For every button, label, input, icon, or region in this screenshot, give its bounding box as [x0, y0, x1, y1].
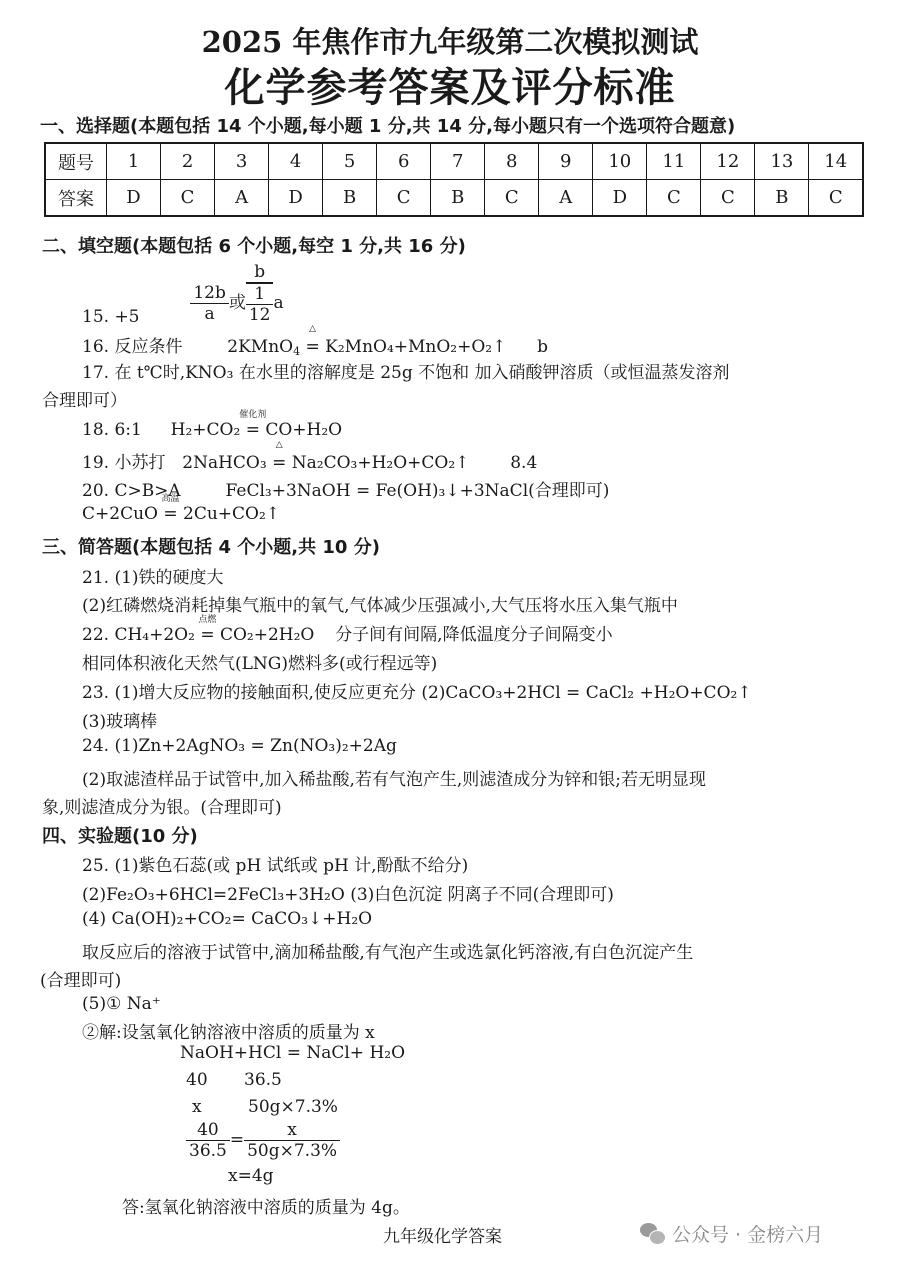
denominator: a — [190, 304, 229, 324]
answer-q24-1: 24. (1)Zn+2AgNO₃ = Zn(NO₃)₂+2Ag — [82, 736, 397, 756]
table-cell: 9 — [539, 143, 593, 180]
page-footer: 九年级化学答案 — [383, 1222, 502, 1247]
table-cell: B — [431, 180, 485, 217]
table-row-answers: 答案 D C A D B C B C A D C C B C — [45, 180, 863, 217]
table-cell: C — [647, 180, 701, 217]
answer-q19: 19. 小苏打 2NaHCO₃ △= Na₂CO₃+H₂O+CO₂↑ 8.4 — [82, 448, 537, 473]
table-cell: A — [215, 180, 269, 217]
answer-key-page: 2025 年焦作市九年级第二次模拟测试 化学参考答案及评分标准 一、选择题(本题… — [0, 0, 900, 1273]
table-cell: B — [323, 180, 377, 217]
reaction-condition: △= — [272, 453, 286, 473]
table-cell: 4 — [269, 143, 323, 180]
section-heading-fill-blank: 二、填空题(本题包括 6 个小题,每空 1 分,共 16 分) — [42, 232, 466, 258]
table-cell: 2 — [161, 143, 215, 180]
catalyst-label: 催化剂 — [239, 407, 266, 420]
document-title: 化学参考答案及评分标准 — [0, 56, 900, 113]
reaction-condition: 点燃= — [200, 625, 214, 645]
equation-products: Na₂CO₃+H₂O+CO₂↑ — [292, 453, 470, 473]
calc-unknown: x — [192, 1097, 202, 1117]
answer-q17-line1: 17. 在 t℃时,KNO₃ 在水里的溶解度是 25g 不饱和 加入硝酸钾溶质（… — [82, 358, 730, 383]
q19-number: 19. 小苏打 — [82, 453, 165, 473]
watermark-text: 公众号 · 金榜六月 — [672, 1220, 823, 1247]
table-cell: C — [701, 180, 755, 217]
answer-q25-5-1: (5)① Na⁺ — [82, 994, 161, 1014]
calc-ratio: 40 36.5 = x 50g×7.3% — [186, 1120, 340, 1161]
fraction: 12b a — [190, 283, 229, 324]
denominator: 36.5 — [186, 1141, 230, 1161]
equals-sign: = — [230, 1130, 244, 1150]
answer-q25-1: 25. (1)紫色石蕊(或 pH 试纸或 pH 计,酚酞不给分) — [82, 851, 468, 876]
section-heading-multiple-choice: 一、选择题(本题包括 14 个小题,每小题 1 分,共 14 分,每小题只有一个… — [40, 112, 735, 138]
numerator: b — [246, 262, 274, 284]
answer-q25-5-2: ②解:设氢氧化钠溶液中溶质的质量为 x — [82, 1018, 375, 1043]
table-cell: 6 — [377, 143, 431, 180]
answer-q22-line2: 相同体积液化天然气(LNG)燃料多(或行程远等) — [82, 649, 437, 674]
table-cell: C — [809, 180, 863, 217]
answer-q24-3: 象,则滤渣成分为银。(合理即可) — [42, 793, 282, 818]
calc-known-mass: 50g×7.3% — [248, 1097, 338, 1117]
table-cell: D — [593, 180, 647, 217]
answer-value: b — [537, 337, 548, 357]
denominator: 12 — [246, 305, 274, 325]
table-cell: 7 — [431, 143, 485, 180]
denominator: 50g×7.3% — [244, 1141, 340, 1161]
calc-result: x=4g — [228, 1166, 274, 1186]
equation-products: CO+H₂O — [265, 420, 342, 440]
answer-text: 分子间有间隔,降低温度分子间隔变小 — [335, 625, 612, 645]
table-cell: 3 — [215, 143, 269, 180]
table-cell: 11 — [647, 143, 701, 180]
answer-q22: 22. CH₄+2O₂ 点燃= CO₂+2H₂O 分子间有间隔,降低温度分子间隔… — [82, 620, 613, 645]
answer-q16: 16. 反应条件 2KMnO4 △= K₂MnO₄+MnO₂+O₂↑ b — [82, 332, 548, 357]
compound-fraction: b 1 12 — [246, 262, 274, 325]
watermark: 公众号 · 金榜六月 — [640, 1220, 823, 1247]
table-cell: D — [107, 180, 161, 217]
answer-q20-eq2: C+2CuO 高温= 2Cu+CO₂↑ — [82, 504, 280, 524]
answer-q23-2: (3)玻璃棒 — [82, 707, 157, 732]
table-cell: 8 — [485, 143, 539, 180]
answer-q25-4b: 取反应后的溶液于试管中,滴加稀盐酸,有气泡产生或选氯化钙溶液,有白色沉淀产生 — [82, 938, 693, 963]
equation-products: K₂MnO₄+MnO₂+O₂↑ — [325, 337, 506, 357]
table-row-questions: 题号 1 2 3 4 5 6 7 8 9 10 11 12 13 14 — [45, 143, 863, 180]
answer-q21-1: 21. (1)铁的硬度大 — [82, 563, 224, 588]
answer-q21-2: (2)红磷燃烧消耗掉集气瓶中的氧气,气体减少压强减小,大气压将水压入集气瓶中 — [82, 591, 678, 616]
table-cell: 13 — [755, 143, 809, 180]
table-cell: 14 — [809, 143, 863, 180]
calc-equation: NaOH+HCl = NaCl+ H₂O — [180, 1043, 405, 1063]
numerator: x — [244, 1120, 340, 1141]
table-cell: C — [377, 180, 431, 217]
equation-products: CO₂+2H₂O — [220, 625, 314, 645]
heat-symbol-icon: △ — [309, 324, 316, 334]
answer-table: 题号 1 2 3 4 5 6 7 8 9 10 11 12 13 14 答案 D… — [44, 142, 864, 217]
or-text: 或 — [229, 293, 246, 313]
q18-number: 18. 6:1 — [82, 420, 142, 440]
answer-q23-1: 23. (1)增大反应物的接触面积,使反应更充分 (2)CaCO₃+2HCl =… — [82, 678, 752, 703]
section-heading-short-answer: 三、简答题(本题包括 4 个小题,共 10 分) — [42, 533, 380, 559]
answer-q25-4: (4) Ca(OH)₂+CO₂= CaCO₃↓+H₂O — [82, 909, 372, 929]
table-cell: A — [539, 180, 593, 217]
calc-molar-mass-hcl: 36.5 — [244, 1070, 282, 1090]
answer-q17-line2: 合理即可） — [42, 386, 127, 411]
equation-products: 2Cu+CO₂↑ — [183, 504, 280, 524]
fraction: 40 36.5 — [186, 1120, 230, 1161]
numerator: 12b — [190, 283, 229, 304]
numerator: 40 — [186, 1120, 230, 1141]
row-header: 答案 — [45, 180, 107, 217]
numerator: 1 — [246, 284, 274, 305]
table-cell: 1 — [107, 143, 161, 180]
table-cell: B — [755, 180, 809, 217]
answer-q18: 18. 6:1 H₂+CO₂ 催化剂= CO+H₂O — [82, 420, 342, 440]
table-cell: 12 — [701, 143, 755, 180]
table-cell: C — [161, 180, 215, 217]
q15-number: 15. +5 — [82, 307, 140, 327]
exam-title: 2025 年焦作市九年级第二次模拟测试 — [0, 20, 900, 61]
table-cell: D — [269, 180, 323, 217]
answer-q25-2: (2)Fe₂O₃+6HCl=2FeCl₃+3H₂O (3)白色沉淀 阴离子不同(… — [82, 880, 614, 905]
section-heading-experiment: 四、实验题(10 分) — [42, 822, 198, 848]
reaction-condition: △= — [305, 337, 319, 357]
reaction-condition: 催化剂= — [246, 420, 260, 440]
table-cell: 10 — [593, 143, 647, 180]
heat-symbol-icon: △ — [276, 440, 283, 450]
equation-reactant: 2KMnO — [227, 337, 293, 357]
answer-value: 8.4 — [510, 453, 537, 473]
reaction-condition: 高温= — [163, 504, 177, 524]
equation-reactants: 2NaHCO₃ — [182, 453, 266, 473]
q16-number: 16. 反应条件 — [82, 337, 182, 357]
equation-reactants: H₂+CO₂ — [171, 420, 241, 440]
high-temperature-label: 高温 — [161, 491, 179, 504]
equation: FeCl₃+3NaOH = Fe(OH)₃↓+3NaCl(合理即可) — [226, 481, 610, 501]
fraction: x 50g×7.3% — [244, 1120, 340, 1161]
answer-q15: 15. +5 12b a 或 b 1 12 a — [82, 262, 284, 325]
table-cell: C — [485, 180, 539, 217]
calc-final-answer: 答:氢氧化钠溶液中溶质的质量为 4g。 — [122, 1193, 410, 1218]
equation-reactants: 22. CH₄+2O₂ — [82, 625, 195, 645]
answer-q25-4c: (合理即可) — [40, 966, 121, 991]
calc-molar-mass-naoh: 40 — [186, 1070, 208, 1090]
table-cell: 5 — [323, 143, 377, 180]
equation-reactants: C+2CuO — [82, 504, 158, 524]
ignition-label: 点燃 — [198, 612, 216, 625]
variable: a — [273, 293, 283, 313]
row-header: 题号 — [45, 143, 107, 180]
wechat-icon — [640, 1223, 666, 1245]
answer-q24-2: (2)取滤渣样品于试管中,加入稀盐酸,若有气泡产生,则滤渣成分为锌和银;若无明显… — [82, 765, 706, 790]
